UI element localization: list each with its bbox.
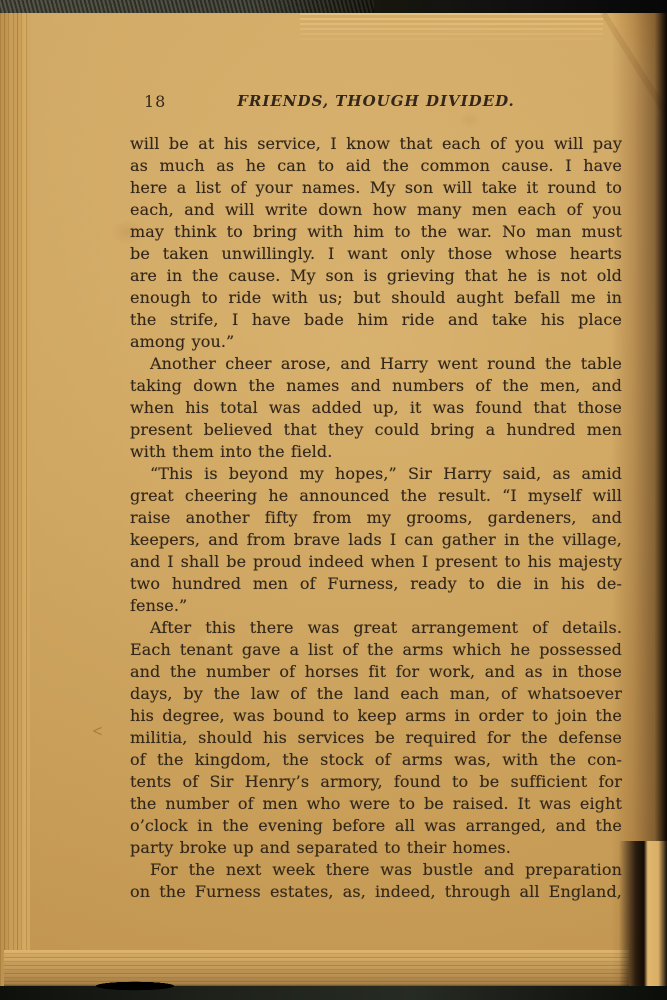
- text-line: are in the cause. My son is grieving tha…: [130, 265, 622, 287]
- text-line: present believed that they could bring a…: [130, 419, 622, 441]
- text-line: here a list of your names. My son will t…: [130, 177, 622, 199]
- text-line: After this there was great arrangement o…: [130, 617, 622, 639]
- text-line: militia, should his services be required…: [130, 727, 622, 749]
- text-line: For the next week there was bustle and p…: [130, 859, 622, 881]
- text-line: great cheering he announced the result. …: [130, 485, 622, 507]
- text-line: “This is beyond my hopes,” Sir Harry sai…: [130, 463, 622, 485]
- scanner-background-bottom: [0, 986, 667, 1000]
- adjacent-page-sliver: [619, 841, 667, 986]
- text-line: on the Furness estates, as, indeed, thro…: [130, 881, 622, 903]
- text-line: may think to bring with him to the war. …: [130, 221, 622, 243]
- body-text: will be at his service, I know that each…: [130, 133, 622, 903]
- text-line: as much as he can to aid the common caus…: [130, 155, 622, 177]
- text-line: each, and will write down how many men e…: [130, 199, 622, 221]
- text-line: when his total was added up, it was foun…: [130, 397, 622, 419]
- text-line: fense.”: [130, 595, 622, 617]
- text-line: tents of Sir Henry’s armory, found to be…: [130, 771, 622, 793]
- text-line: and the number of horses fit for work, a…: [130, 661, 622, 683]
- text-line: of the kingdom, the stock of arms was, w…: [130, 749, 622, 771]
- book-page: < 18 FRIENDS, THOUGH DIVIDED. will be at…: [0, 0, 667, 1000]
- book-scan: < 18 FRIENDS, THOUGH DIVIDED. will be at…: [0, 0, 667, 1000]
- text-line: taking down the names and numbers of the…: [130, 375, 622, 397]
- text-line: and I shall be proud indeed when I prese…: [130, 551, 622, 573]
- text-area: 18 FRIENDS, THOUGH DIVIDED. will be at h…: [130, 92, 622, 903]
- scanner-background-top: [0, 0, 667, 13]
- text-line: days, by the law of the land each man, o…: [130, 683, 622, 705]
- text-line: the number of men who were to be raised.…: [130, 793, 622, 815]
- page-header: 18 FRIENDS, THOUGH DIVIDED.: [130, 92, 622, 112]
- running-header: FRIENDS, THOUGH DIVIDED.: [130, 92, 622, 110]
- pencil-margin-mark: <: [92, 722, 103, 741]
- scan-smear: [300, 13, 603, 43]
- text-line: keepers, and from brave lads I can gathe…: [130, 529, 622, 551]
- text-line: party broke up and separated to their ho…: [130, 837, 622, 859]
- text-line: o’clock in the evening before all was ar…: [130, 815, 622, 837]
- text-line: his degree, was bound to keep arms in or…: [130, 705, 622, 727]
- text-line: two hundred men of Furness, ready to die…: [130, 573, 622, 595]
- text-line: be taken unwillingly. I want only those …: [130, 243, 622, 265]
- text-line: Each tenant gave a list of the arms whic…: [130, 639, 622, 661]
- text-line: will be at his service, I know that each…: [130, 133, 622, 155]
- text-line: raise another fifty from my grooms, gard…: [130, 507, 622, 529]
- text-line: the strife, I have bade him ride and tak…: [130, 309, 622, 331]
- text-line: among you.”: [130, 331, 622, 353]
- text-line: enough to ride with us; but should aught…: [130, 287, 622, 309]
- text-line: with them into the field.: [130, 441, 622, 463]
- page-edges-left: [0, 13, 30, 986]
- text-line: Another cheer arose, and Harry went roun…: [130, 353, 622, 375]
